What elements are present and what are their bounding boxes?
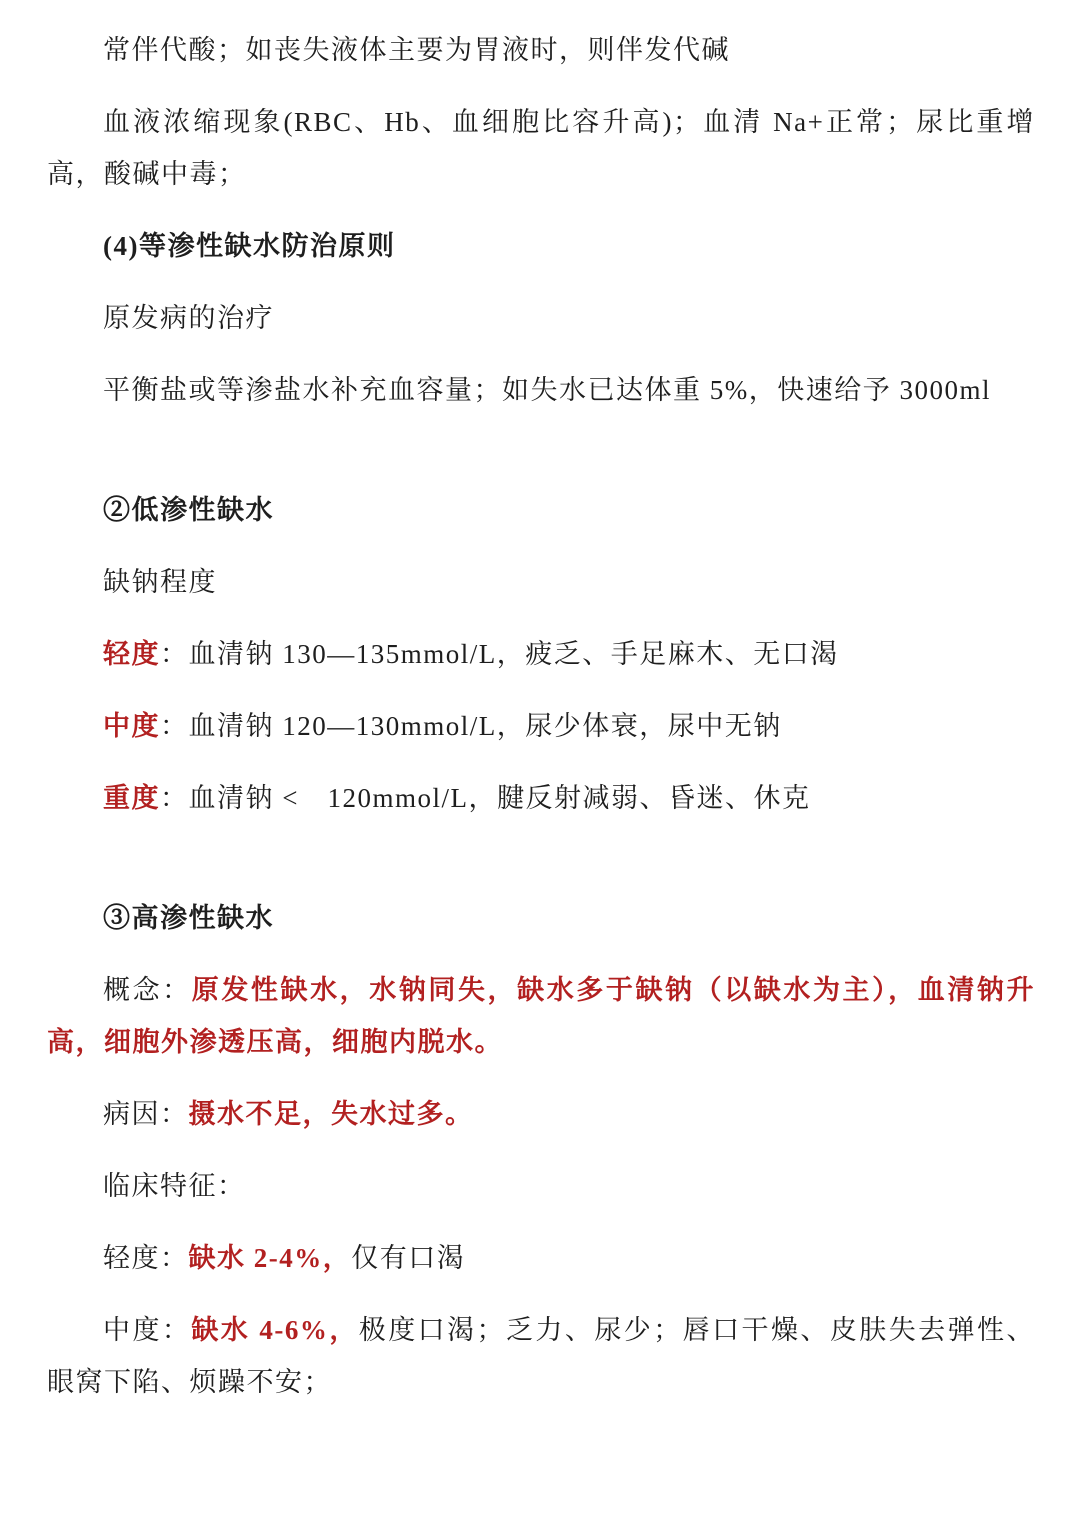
para-primary-disease-treatment: 原发病的治疗 bbox=[47, 292, 1035, 344]
text-run: ：血清钠 130—135mmol/L，疲乏、手足麻木、无口渴 bbox=[160, 639, 839, 669]
text-run: 概念： bbox=[103, 975, 192, 1005]
para-sodium-deficiency-degree: 缺钠程度 bbox=[47, 556, 1035, 608]
para-hypotonic-mild: 轻度：血清钠 130—135mmol/L，疲乏、手足麻木、无口渴 bbox=[47, 628, 1035, 680]
emphasis-text-run: 缺水 2-4%， bbox=[189, 1243, 352, 1273]
document-body: 常伴代酸；如丧失液体主要为胃液时，则伴发代碱血液浓缩现象(RBC、Hb、血细胞比… bbox=[47, 24, 1035, 1408]
para-hemoconcentration: 血液浓缩现象(RBC、Hb、血细胞比容升高)；血清 Na+正常；尿比重增高，酸碱… bbox=[47, 96, 1035, 200]
para-hypotonic-severe: 重度：血清钠 < 120mmol/L，腱反射减弱、昏迷、休克 bbox=[47, 772, 1035, 824]
document-page: 常伴代酸；如丧失液体主要为胃液时，则伴发代碱血液浓缩现象(RBC、Hb、血细胞比… bbox=[0, 0, 1080, 1528]
emphasis-text-run: 轻度 bbox=[103, 639, 160, 669]
para-clinical-features: 临床特征： bbox=[47, 1160, 1035, 1212]
para-hypertonic-cause: 病因：摄水不足，失水过多。 bbox=[47, 1088, 1035, 1140]
text-run: ：血清钠 120—130mmol/L，尿少体衰，尿中无钠 bbox=[160, 711, 782, 741]
emphasis-text-run: 缺水 4-6%， bbox=[191, 1315, 358, 1345]
text-run: 病因： bbox=[103, 1099, 189, 1129]
text-run: ②低渗性缺水 bbox=[103, 495, 274, 525]
para-hypertonic-concept: 概念：原发性缺水，水钠同失，缺水多于缺钠（以缺水为主），血清钠升高，细胞外渗透压… bbox=[47, 964, 1035, 1068]
text-run: 仅有口渴 bbox=[351, 1243, 465, 1273]
text-run: 临床特征： bbox=[103, 1171, 246, 1201]
heading-hypotonic-dehydration: ②低渗性缺水 bbox=[47, 484, 1035, 536]
para-hypotonic-moderate: 中度：血清钠 120—130mmol/L，尿少体衰，尿中无钠 bbox=[47, 700, 1035, 752]
heading-hypertonic-dehydration: ③高渗性缺水 bbox=[47, 892, 1035, 944]
text-run: ：血清钠 < 120mmol/L，腱反射减弱、昏迷、休克 bbox=[160, 783, 810, 813]
text-run: 血液浓缩现象(RBC、Hb、血细胞比容升高)；血清 Na+正常；尿比重增高，酸碱… bbox=[47, 107, 1035, 189]
text-run: ③高渗性缺水 bbox=[103, 903, 274, 933]
text-run: 轻度： bbox=[103, 1243, 189, 1273]
text-run: 平衡盐或等渗盐水补充血容量；如失水已达体重 5%，快速给予 3000ml bbox=[103, 375, 991, 405]
emphasis-text-run: 摄水不足，失水过多。 bbox=[189, 1099, 474, 1129]
heading-isotonic-treatment-principles: (4)等渗性缺水防治原则 bbox=[47, 220, 1035, 272]
text-run: 中度： bbox=[103, 1315, 191, 1345]
text-run: 缺钠程度 bbox=[103, 567, 217, 597]
text-run: 常伴代酸；如丧失液体主要为胃液时，则伴发代碱 bbox=[103, 35, 730, 65]
para-hypertonic-mild: 轻度：缺水 2-4%，仅有口渴 bbox=[47, 1232, 1035, 1284]
emphasis-text-run: 中度 bbox=[103, 711, 160, 741]
text-run: (4)等渗性缺水防治原则 bbox=[103, 231, 395, 261]
text-run: 原发病的治疗 bbox=[103, 303, 274, 333]
emphasis-text-run: 重度 bbox=[103, 783, 160, 813]
para-balanced-salt-solution: 平衡盐或等渗盐水补充血容量；如失水已达体重 5%，快速给予 3000ml bbox=[47, 364, 1035, 416]
para-hypertonic-moderate: 中度：缺水 4-6%，极度口渴；乏力、尿少；唇口干燥、皮肤失去弹性、眼窝下陷、烦… bbox=[47, 1304, 1035, 1408]
emphasis-text-run: 原发性缺水，水钠同失，缺水多于缺钠（以缺水为主），血清钠升高，细胞外渗透压高，细… bbox=[47, 975, 1035, 1057]
para-metabolic-acidosis: 常伴代酸；如丧失液体主要为胃液时，则伴发代碱 bbox=[47, 24, 1035, 76]
